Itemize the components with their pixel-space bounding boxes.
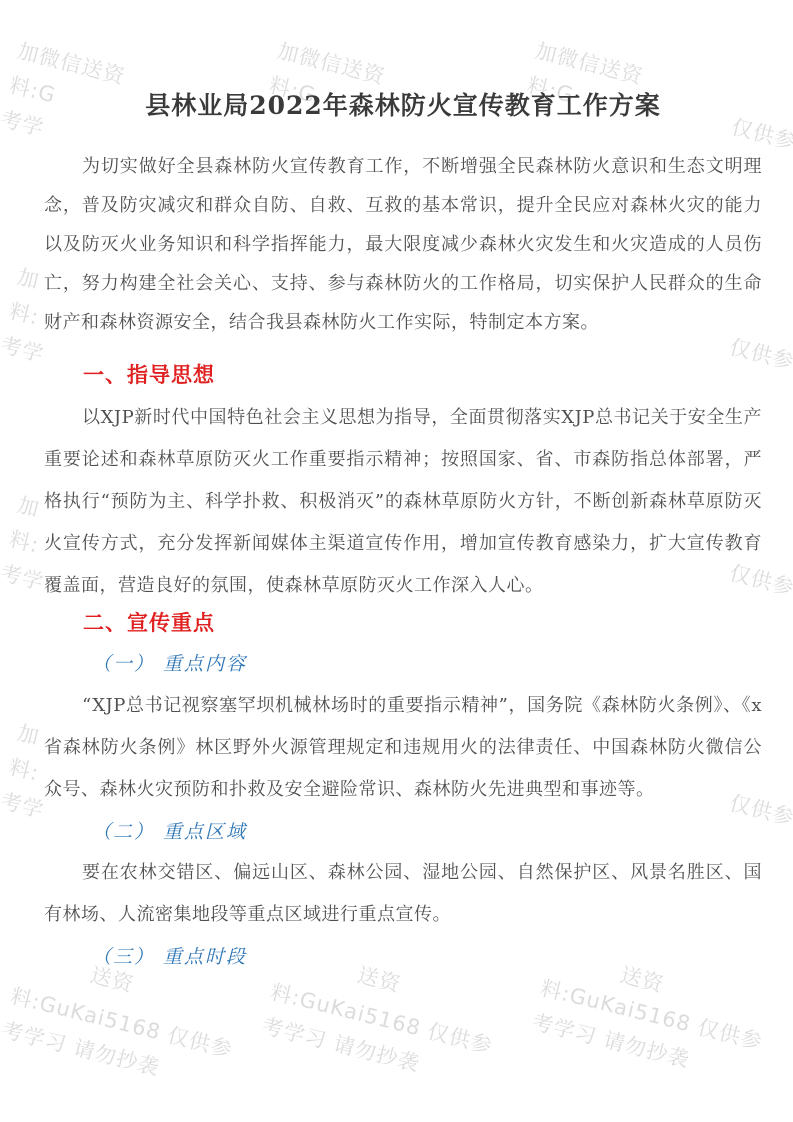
section-heading-publicity-focus: 二、宣传重点 xyxy=(44,609,762,637)
paragraph-guiding-ideology: 以XJP新时代中国特色社会主义思想为指导，全面贯彻落实XJP总书记关于安全生产重… xyxy=(44,397,762,607)
subheading-key-content: （一） 重点内容 xyxy=(44,649,762,679)
document-title: 县林业局2022年森林防火宣传教育工作方案 xyxy=(44,88,762,124)
paragraph-intro: 为切实做好全县森林防火宣传教育工作，不断增强全民森林防火意识和生态文明理念，普及… xyxy=(44,147,762,342)
section-heading-guiding-ideology: 一、指导思想 xyxy=(44,361,762,389)
watermark-fragment: 料:GuKai5168 仅供参 考学习 请勿抄袭 xyxy=(0,979,236,1102)
document-page: 加微信送资 料:G 考学 加微信送资 料:G 加微信送资 料:G 仅供参 加 料… xyxy=(0,0,793,1122)
paragraph-key-regions: 要在农林交错区、偏远山区、森林公园、湿地公园、自然保护区、风景名胜区、国有林场、… xyxy=(44,852,762,936)
subheading-key-regions: （二） 重点区域 xyxy=(44,817,762,847)
watermark-fragment: 料:GuKai5168 仅供参 考学习 请勿抄袭 xyxy=(528,971,766,1094)
watermark-fragment: 料:GuKai5168 仅供参 考学习 请勿抄袭 xyxy=(258,975,496,1098)
paragraph-key-content: “XJP总书记视察塞罕坝机械林场时的重要指示精神”，国务院《森林防火条例》、《x… xyxy=(44,685,762,811)
subheading-key-periods: （三） 重点时段 xyxy=(44,942,762,972)
